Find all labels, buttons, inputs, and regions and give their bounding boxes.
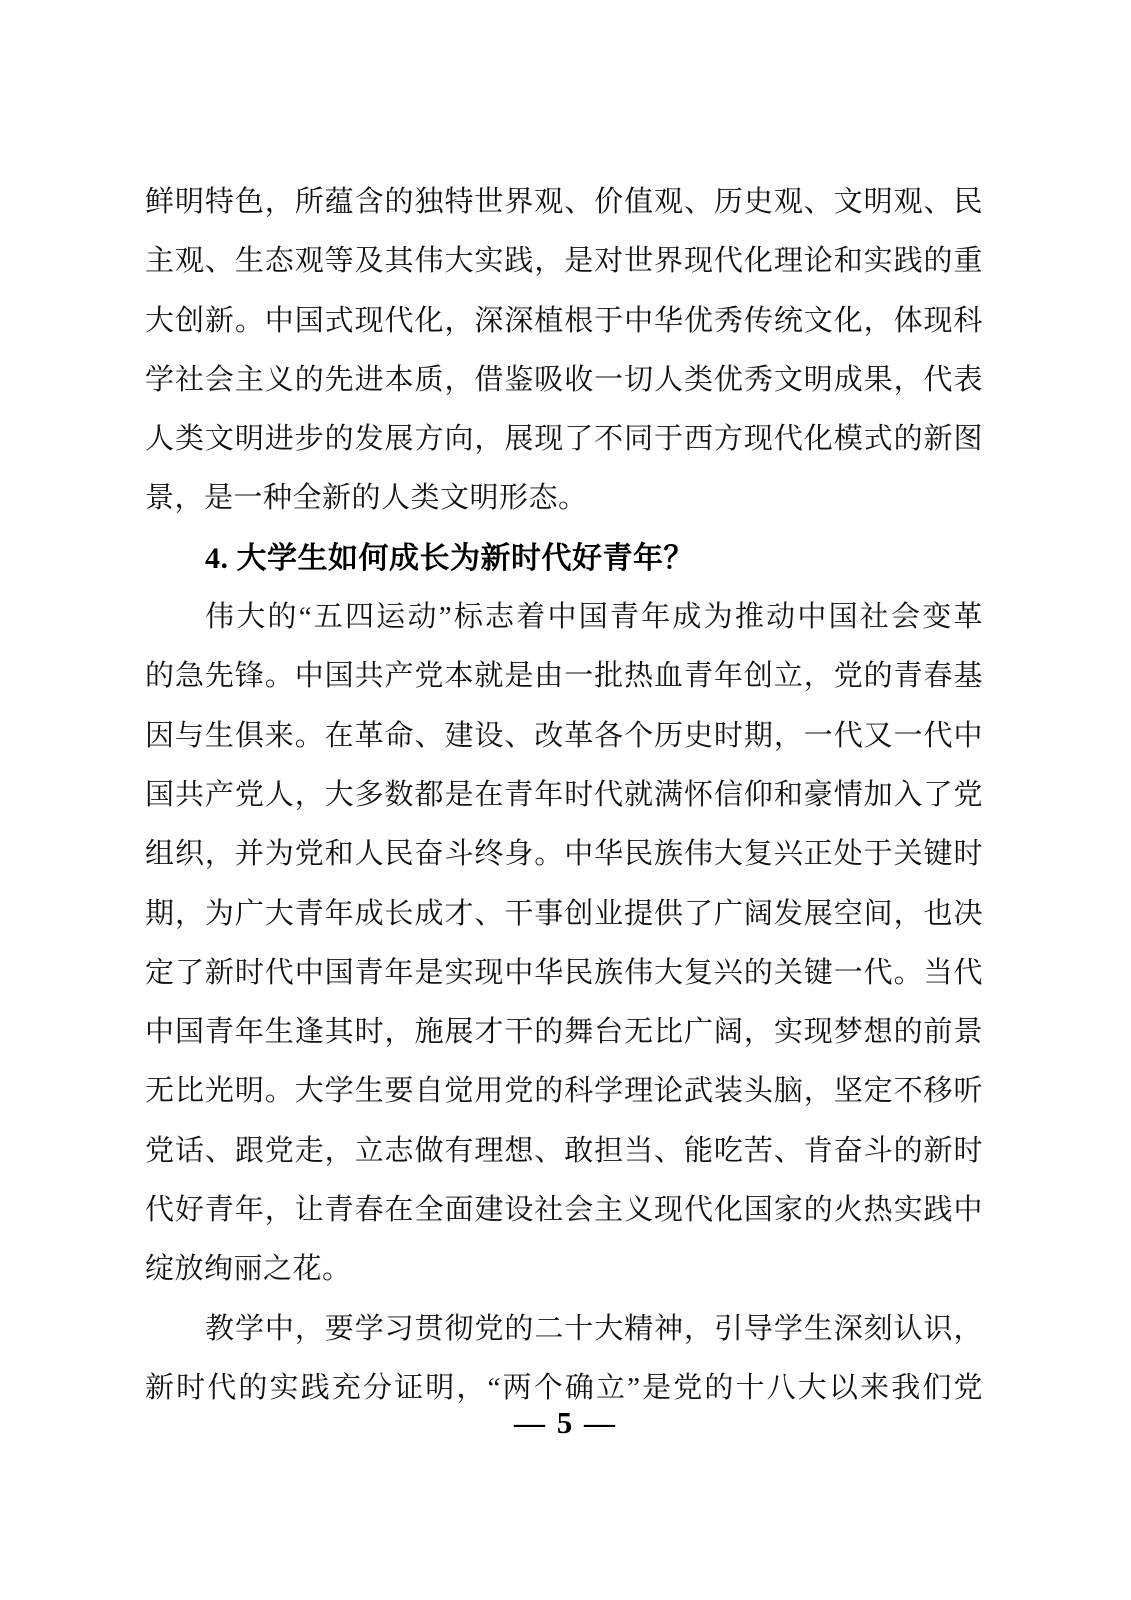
text-line: 大创新。中国式现代化，深深植根于中华优秀传统文化，体现科 bbox=[145, 292, 983, 351]
text-line: 无比光明。大学生要自觉用党的科学理论武装头脑，坚定不移听 bbox=[145, 1062, 983, 1121]
text-line: 国共产党人，大多数都是在青年时代就满怀信仰和豪情加入了党 bbox=[145, 766, 983, 825]
text-line: 定了新时代中国青年是实现中华民族伟大复兴的关键一代。当代 bbox=[145, 944, 983, 1003]
document-page: 鲜明特色，所蕴含的独特世界观、价值观、历史观、文明观、民主观、生态观等及其伟大实… bbox=[0, 0, 1131, 1600]
text-line: 党话、跟党走，立志做有理想、敢担当、能吃苦、肯奋斗的新时 bbox=[145, 1122, 983, 1181]
paragraph: 鲜明特色，所蕴含的独特世界观、价值观、历史观、文明观、民主观、生态观等及其伟大实… bbox=[145, 173, 983, 529]
paragraph: 教学中，要学习贯彻党的二十大精神，引导学生深刻认识，新时代的实践充分证明，“两个… bbox=[145, 1300, 983, 1419]
text-line: 绽放绚丽之花。 bbox=[145, 1240, 983, 1299]
text-line: 教学中，要学习贯彻党的二十大精神，引导学生深刻认识， bbox=[145, 1300, 983, 1359]
page-number: — 5 — bbox=[0, 1406, 1131, 1440]
heading-line: 4. 大学生如何成长为新时代好青年？ bbox=[145, 529, 983, 588]
text-line: 组织，并为党和人民奋斗终身。中华民族伟大复兴正处于关键时 bbox=[145, 825, 983, 884]
text-line: 学社会主义的先进本质，借鉴吸收一切人类优秀文明成果，代表 bbox=[145, 351, 983, 410]
text-line: 期，为广大青年成长成才、干事创业提供了广阔发展空间，也决 bbox=[145, 885, 983, 944]
text-line: 中国青年生逢其时，施展才干的舞台无比广阔，实现梦想的前景 bbox=[145, 1003, 983, 1062]
text-line: 因与生俱来。在革命、建设、改革各个历史时期，一代又一代中 bbox=[145, 707, 983, 766]
text-line: 主观、生态观等及其伟大实践，是对世界现代化理论和实践的重 bbox=[145, 232, 983, 291]
document-body: 鲜明特色，所蕴含的独特世界观、价值观、历史观、文明观、民主观、生态观等及其伟大实… bbox=[145, 173, 983, 1418]
text-line: 鲜明特色，所蕴含的独特世界观、价值观、历史观、文明观、民 bbox=[145, 173, 983, 232]
section-heading: 4. 大学生如何成长为新时代好青年？ bbox=[145, 529, 983, 588]
text-line: 代好青年，让青春在全面建设社会主义现代化国家的火热实践中 bbox=[145, 1181, 983, 1240]
text-line: 人类文明进步的发展方向，展现了不同于西方现代化模式的新图 bbox=[145, 410, 983, 469]
paragraph: 伟大的“五四运动”标志着中国青年成为推动中国社会变革的急先锋。中国共产党本就是由… bbox=[145, 588, 983, 1300]
text-line: 景，是一种全新的人类文明形态。 bbox=[145, 469, 983, 528]
text-line: 伟大的“五四运动”标志着中国青年成为推动中国社会变革 bbox=[145, 588, 983, 647]
text-line: 的急先锋。中国共产党本就是由一批热血青年创立，党的青春基 bbox=[145, 647, 983, 706]
